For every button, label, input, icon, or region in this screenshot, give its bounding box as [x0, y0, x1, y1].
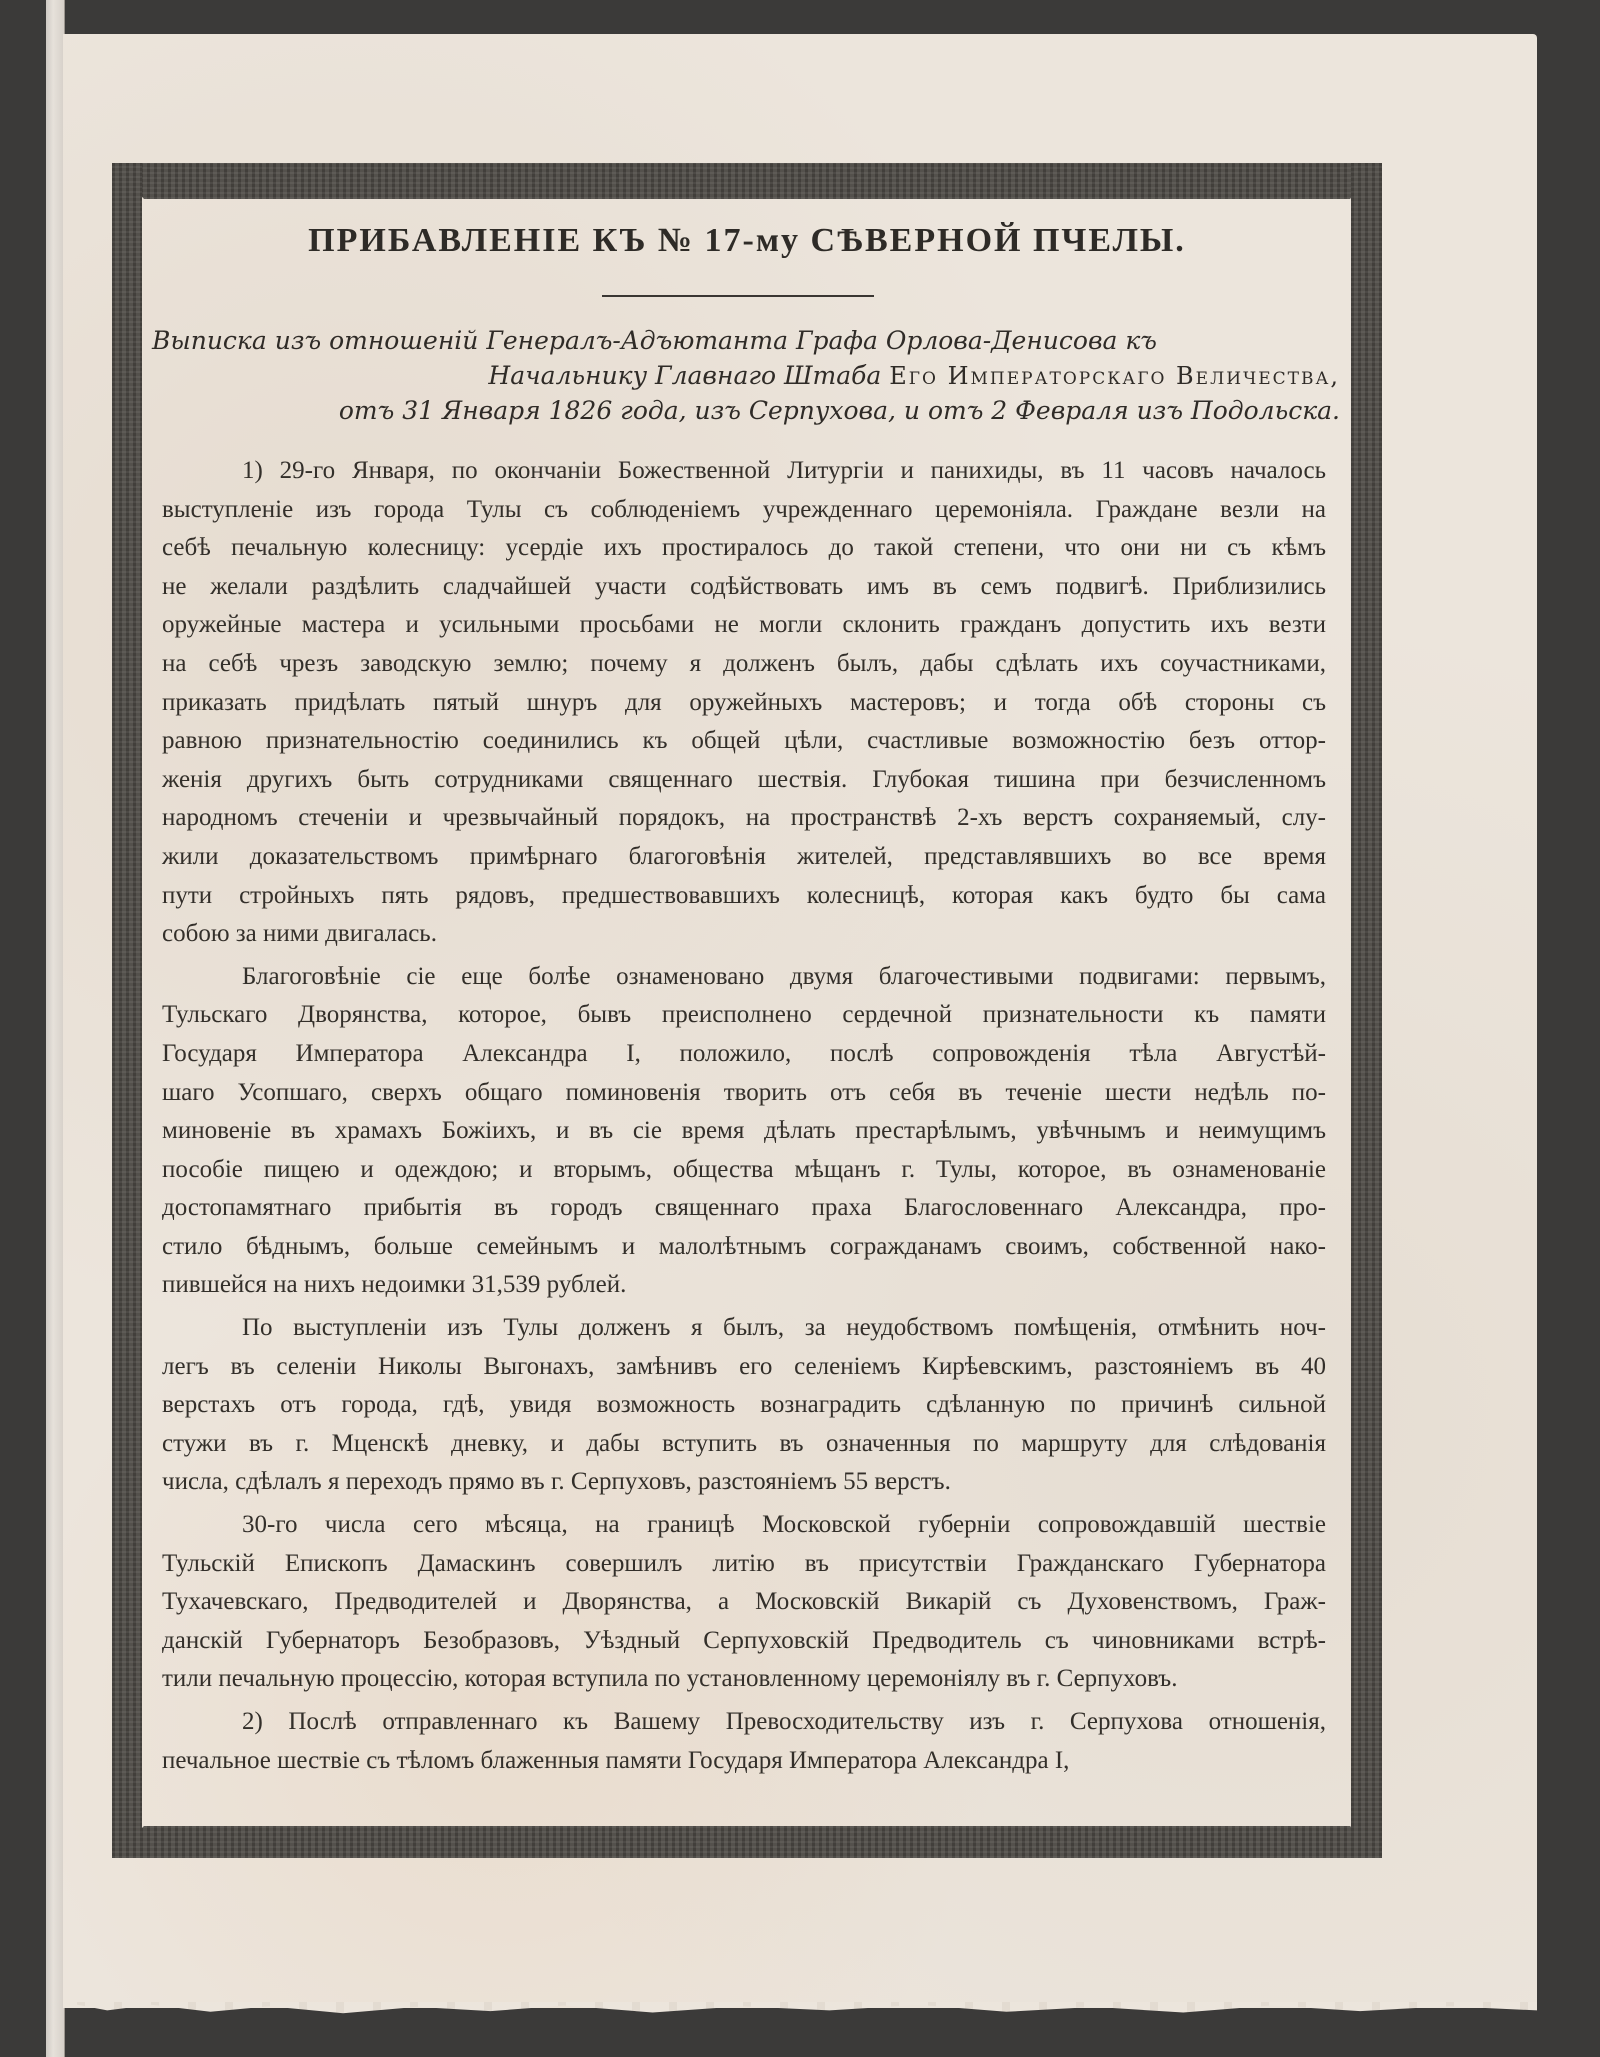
text-line: Благоговѣніе сіе еще болѣе ознаменовано … — [162, 958, 1326, 997]
text-line: на себѣ чрезъ заводскую землю; почему я … — [162, 645, 1326, 684]
text-line: женія другихъ быть сотрудниками священна… — [162, 761, 1326, 800]
text-line: По выступленіи изъ Тулы долженъ я былъ, … — [162, 1309, 1326, 1348]
text-line: Тульскій Епископъ Дамаскинъ совершилъ ли… — [162, 1545, 1326, 1584]
text-line: жили доказательствомъ примѣрнаго благого… — [162, 838, 1326, 877]
text-line: 2) Послѣ отправленнаго къ Вашему Превосх… — [162, 1703, 1326, 1742]
text-line: Тухачевскаго, Предводителей и Дворянства… — [162, 1583, 1326, 1622]
text-line: стило бѣднымъ, больше семейнымъ и малолѣ… — [162, 1228, 1326, 1267]
paragraph: 30-го числа сего мѣсяца, на границѣ Моск… — [162, 1506, 1326, 1699]
text-line: себѣ печальную колесницу: усердіе ихъ пр… — [162, 529, 1326, 568]
text-line: равною признательностію соединились къ о… — [162, 722, 1326, 761]
text-line: шаго Усопшаго, сверхъ общаго поминовенія… — [162, 1074, 1326, 1113]
title-divider — [602, 295, 874, 297]
subtitle-line-2-smallcaps: Его Императорскаго Величества, — [889, 362, 1340, 390]
frame-left-border — [112, 163, 142, 1858]
text-line: пившейся на нихъ недоимки 31,539 рублей. — [162, 1266, 1326, 1305]
text-line: 1) 29-го Января, по окончаніи Божественн… — [162, 452, 1326, 491]
text-line: Тульскаго Дворянства, которое, бывъ преи… — [162, 996, 1326, 1035]
text-line: данскій Губернаторъ Безобразовъ, Уѣздный… — [162, 1622, 1326, 1661]
frame-top-border — [112, 163, 1382, 199]
text-line: оружейные мастера и усильными просьбами … — [162, 606, 1326, 645]
paragraph: Благоговѣніе сіе еще болѣе ознаменовано … — [162, 958, 1326, 1305]
paragraph: 1) 29-го Января, по окончаніи Божественн… — [162, 452, 1326, 954]
text-line: приказать придѣлать пятый шнуръ для оруж… — [162, 684, 1326, 723]
text-line: достопамятнаго прибытія въ городъ священ… — [162, 1189, 1326, 1228]
text-line: пути стройныхъ пять рядовъ, предшествова… — [162, 877, 1326, 916]
text-line: стужи въ г. Мценскѣ дневку, и дабы вступ… — [162, 1425, 1326, 1464]
text-line: числа, сдѣлалъ я переходъ прямо въ г. Се… — [162, 1463, 1326, 1502]
text-line: 30-го числа сего мѣсяца, на границѣ Моск… — [162, 1506, 1326, 1545]
text-line: собою за ними двигалась. — [162, 915, 1326, 954]
subtitle-line-1: Выписка изъ отношеній Генералъ-Адъютанта… — [152, 326, 1332, 355]
subtitle-line-2: Начальнику Главнаго Штаба Его Императорс… — [160, 361, 1340, 390]
text-line: миновеніе въ храмахъ Божіихъ, и въ сіе в… — [162, 1112, 1326, 1151]
page-title: ПРИБАВЛЕНІЕ КЪ № 17-му СѢВЕРНОЙ ПЧЕЛЫ. — [142, 222, 1352, 260]
frame-bottom-border — [112, 1826, 1382, 1858]
text-line: Государя Императора Александра I, положи… — [162, 1035, 1326, 1074]
text-line: тили печальную процессію, которая вступи… — [162, 1660, 1326, 1699]
text-line: печальное шествіе съ тѣломъ блаженныя па… — [162, 1742, 1326, 1781]
subtitle-line-2-italic: Начальнику Главнаго Штаба — [488, 361, 889, 390]
text-line: народномъ стеченіи и чрезвычайный порядо… — [162, 799, 1326, 838]
article-body: 1) 29-го Января, по окончаніи Божественн… — [162, 452, 1326, 1780]
text-line: легъ въ селеніи Николы Выгонахъ, замѣнив… — [162, 1348, 1326, 1387]
paragraph: По выступленіи изъ Тулы долженъ я былъ, … — [162, 1309, 1326, 1502]
paragraph: 2) Послѣ отправленнаго къ Вашему Превосх… — [162, 1703, 1326, 1780]
subtitle-line-3: отъ 31 Января 1826 года, изъ Серпухова, … — [160, 396, 1340, 425]
text-line: выступленіе изъ города Тулы съ соблюдені… — [162, 491, 1326, 530]
text-line: не желали раздѣлить сладчайшей участи со… — [162, 568, 1326, 607]
text-line: пособіе пищею и одеждою; и вторымъ, обще… — [162, 1151, 1326, 1190]
frame-right-border — [1351, 163, 1382, 1858]
text-line: верстахъ отъ города, гдѣ, увидя возможно… — [162, 1386, 1326, 1425]
